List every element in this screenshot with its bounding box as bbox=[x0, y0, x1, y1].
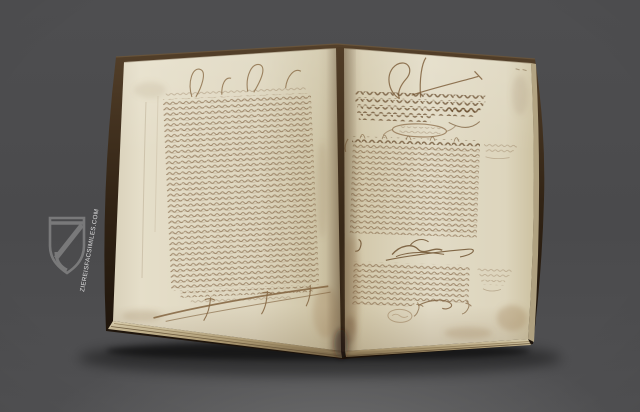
paragraph-2 bbox=[352, 261, 469, 309]
bold-word bbox=[446, 104, 480, 114]
left-page bbox=[113, 48, 341, 351]
manuscript-book bbox=[0, 0, 640, 412]
main-text-block bbox=[163, 93, 319, 291]
gutter-shadow bbox=[326, 47, 358, 352]
studio-photo-background: ZIEREISFACSIMILES.COM bbox=[0, 0, 640, 412]
right-page bbox=[339, 48, 534, 351]
gutter-bottom-shadow bbox=[334, 329, 348, 359]
paragraph-1 bbox=[342, 134, 480, 238]
